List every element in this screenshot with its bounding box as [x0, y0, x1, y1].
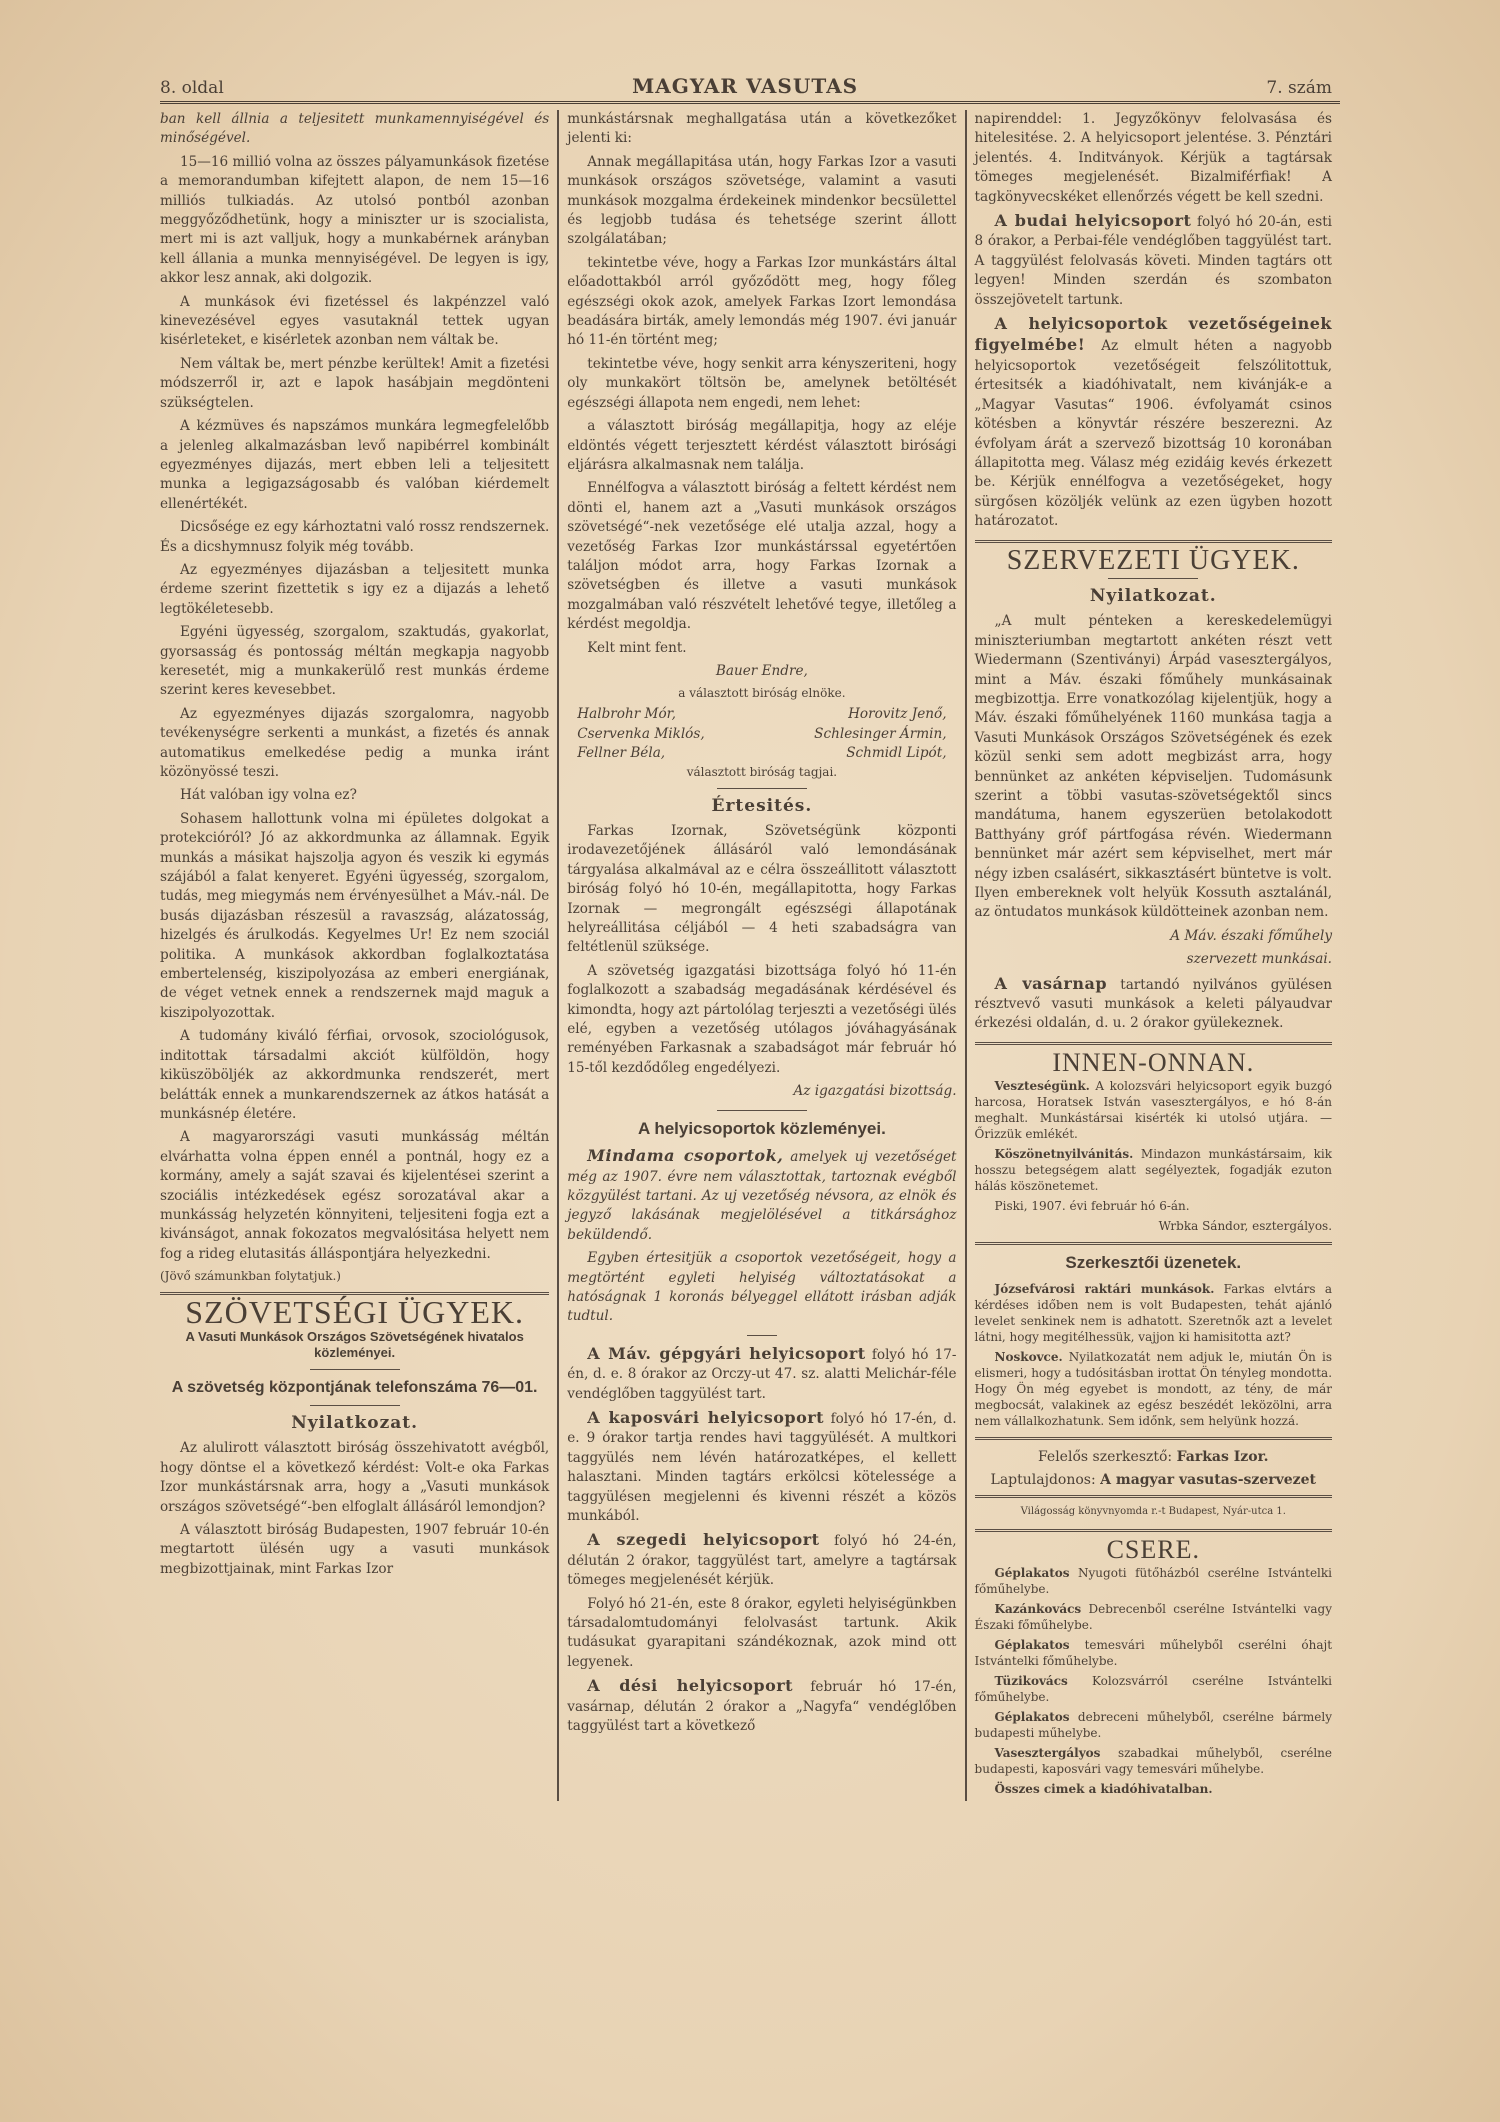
responsible-editor: Felelős szerkesztő: Farkas Izor.: [975, 1448, 1332, 1467]
paragraph: ban kell állnia a teljesitett munkamenny…: [160, 110, 549, 149]
value: A magyar vasutas-szervezet: [1100, 1472, 1316, 1488]
member-name: Cservenka Miklós,: [577, 725, 762, 744]
section-divider: [975, 540, 1332, 543]
paragraph-lead: Veszteségünk.: [995, 1079, 1090, 1093]
short-divider: [717, 788, 807, 789]
paragraph-lead: A szegedi helyicsoport: [587, 1530, 819, 1549]
paragraph: Az alulirott választott biróság összehiv…: [160, 1439, 549, 1517]
paragraph: Józsefvárosi raktári munkások. Farkas el…: [975, 1281, 1332, 1345]
member-name: Fellner Béla,: [577, 744, 762, 763]
paragraph-lead: Géplakatos: [995, 1638, 1070, 1652]
paragraph: a választott biróság megállapitja, hogy …: [567, 417, 956, 475]
issue-number: 7. szám: [1266, 78, 1332, 98]
section-title: CSERE.: [975, 1540, 1332, 1559]
exchange-item: Kazánkovács Debrecenből cserélne Istvánt…: [975, 1601, 1332, 1633]
phone-notice: A szövetség központjának telefonszáma 76…: [160, 1378, 549, 1397]
section-title: SZERVEZETI ÜGYEK.: [975, 551, 1332, 570]
paragraph-lead: A dési helyicsoport: [587, 1676, 793, 1695]
member-name: Horovitz Jenő,: [762, 705, 947, 724]
short-divider: [310, 1369, 400, 1370]
short-divider: [1108, 578, 1198, 579]
label: Felelős szerkesztő:: [1038, 1449, 1177, 1465]
member-name: Schlesinger Ármin,: [762, 725, 947, 744]
exchange-item: Géplakatos Nyugoti fütőházból cserélne I…: [975, 1565, 1332, 1597]
exchange-item: Tüzikovács Kolozsvárról cserélne Istvánt…: [975, 1673, 1332, 1705]
masthead-title: MAGYAR VASUTAS: [632, 74, 858, 98]
running-head: 8. oldal MAGYAR VASUTAS 7. szám: [160, 60, 1340, 104]
paragraph: Köszönetnyilvánitás. Mindazon munkástárs…: [975, 1146, 1332, 1194]
paragraph: A Máv. gépgyári helyicsoport folyó hó 17…: [567, 1344, 956, 1404]
short-divider: [717, 1110, 807, 1111]
paragraph: Hát valóban igy volna ez?: [160, 786, 549, 805]
paragraph: Kelt mint fent.: [567, 639, 956, 658]
signature: A Máv. északi főműhely: [975, 927, 1332, 946]
paragraph: A vasárnap tartandó nyilvános gyülésen r…: [975, 974, 1332, 1034]
paragraph-lead: Tüzikovács: [995, 1674, 1068, 1688]
paragraph-lead: Géplakatos: [995, 1710, 1070, 1724]
exchange-item: Vasesztergályos szabadkai műhelyből, cse…: [975, 1745, 1332, 1777]
paragraph: Az egyezményes dijazásban a teljesitett …: [160, 561, 549, 619]
paragraph: napirenddel: 1. Jegyzőkönyv felolvasása …: [975, 110, 1332, 207]
paragraph: Mindama csoportok, amelyek uj vezetősége…: [567, 1146, 956, 1245]
member-name: Schmidl Lipót,: [762, 744, 947, 763]
paragraph: Nem váltak be, mert pénzbe kerültek! Ami…: [160, 355, 549, 413]
exchange-item: Géplakatos temesvári műhelyből cserélni …: [975, 1637, 1332, 1669]
signature: Az igazgatási bizottság.: [567, 1082, 956, 1101]
section-divider: [975, 1242, 1332, 1245]
paragraph: Egyben értesitjük a csoportok vezetősége…: [567, 1249, 956, 1327]
short-divider: [747, 1335, 777, 1336]
paragraph-text: Az elmult héten a nagyobb helyicsoportok…: [975, 338, 1332, 529]
paragraph-lead: Noskovce.: [995, 1350, 1063, 1364]
paragraph: Az egyezményes dijazás szorgalomra, nagy…: [160, 705, 549, 783]
paragraph: A kézmüves és napszámos munkára legmegfe…: [160, 417, 549, 514]
paragraph-lead: A kaposvári helyicsoport: [587, 1408, 824, 1427]
paragraph: Farkas Izornak, Szövetségünk központi ir…: [567, 822, 956, 958]
paragraph-lead: A vasárnap: [995, 974, 1108, 993]
dateline: Piski, 1907. évi február hó 6-án.: [975, 1198, 1332, 1214]
paragraph: A választott biróság Budapesten, 1907 fe…: [160, 1521, 549, 1579]
paragraph: Annak megállapitása után, hogy Farkas Iz…: [567, 153, 956, 250]
paragraph-lead: Köszönetnyilvánitás.: [995, 1147, 1134, 1161]
printer-imprint: Világosság könyvnyomda r.-t Budapest, Ny…: [975, 1502, 1332, 1521]
section-divider: [975, 1042, 1332, 1045]
short-divider: [310, 1405, 400, 1406]
paragraph: „A mult pénteken a kereskedelemügyi mini…: [975, 612, 1332, 923]
paragraph: Veszteségünk. A kolozsvári helyicsoport …: [975, 1078, 1332, 1142]
paragraph: A magyarországi vasuti munkásság méltán …: [160, 1128, 549, 1264]
paragraph: tekintetbe véve, hogy a Farkas Izor munk…: [567, 254, 956, 351]
paragraph-lead: Géplakatos: [995, 1566, 1070, 1580]
member-signatures: Halbrohr Mór, Horovitz Jenő, Cservenka M…: [567, 705, 956, 763]
paragraph-lead: A budai helyicsoport: [995, 211, 1192, 230]
chair-name: Bauer Endre,: [567, 662, 956, 681]
column-1: ban kell állnia a teljesitett munkamenny…: [160, 110, 559, 1801]
exchange-item: Géplakatos debreceni műhelyből, cserélne…: [975, 1709, 1332, 1741]
paragraph-lead: Kazánkovács: [995, 1602, 1082, 1616]
article-heading: Nyilatkozat.: [160, 1414, 549, 1433]
paragraph-lead: Józsefvárosi raktári munkások.: [995, 1282, 1215, 1296]
article-heading: Értesités.: [567, 797, 956, 816]
paragraph: A munkások évi fizetéssel és lakpénzzel …: [160, 293, 549, 351]
paragraph-lead: A Máv. gépgyári helyicsoport: [587, 1344, 865, 1363]
paragraph: Dicsősége ez egy kárhoztatni való rossz …: [160, 518, 549, 557]
paragraph: Folyó hó 21-én, este 8 órakor, egyleti h…: [567, 1595, 956, 1673]
article-heading: Nyilatkozat.: [975, 587, 1332, 606]
paragraph: munkástársnak meghallgatása után a követ…: [567, 110, 956, 149]
label: Laptulajdonos:: [991, 1472, 1101, 1488]
paragraph-text: folyó hó 17-én, d. e. 9 órakor tartja re…: [567, 1411, 956, 1524]
page-number: 8. oldal: [160, 78, 224, 98]
column-2: munkástársnak meghallgatása után a követ…: [559, 110, 966, 1801]
continued-note: (Jövő számunkban folytatjuk.): [160, 1268, 549, 1284]
paragraph: A tudomány kiváló férfiai, orvosok, szoc…: [160, 1027, 549, 1124]
paragraph: A dési helyicsoport február hó 17-én, va…: [567, 1676, 956, 1736]
signature: Wrbka Sándor, esztergályos.: [975, 1218, 1332, 1234]
section-divider: [975, 1529, 1332, 1532]
article-heading: A helyicsoportok közleményei.: [567, 1119, 956, 1138]
section-divider: [975, 1495, 1332, 1498]
members-role: választott biróság tagjai.: [567, 764, 956, 780]
section-subtitle: A Vasuti Munkások Országos Szövetségének…: [160, 1329, 549, 1361]
paragraph: A helyicsoportok vezetőségeinek figyelmé…: [975, 314, 1332, 531]
signature: szervezett munkásai.: [975, 950, 1332, 969]
member-name: Halbrohr Mór,: [577, 705, 762, 724]
paragraph: A budai helyicsoport folyó hó 20-án, est…: [975, 211, 1332, 310]
newspaper-page: 8. oldal MAGYAR VASUTAS 7. szám ban kell…: [160, 60, 1340, 1801]
paragraph: Ennélfogva a választott biróság a feltet…: [567, 479, 956, 634]
paragraph: Egyéni ügyesség, szorgalom, szaktudás, g…: [160, 623, 549, 701]
paragraph: A szövetség igazgatási bizottsága folyó …: [567, 962, 956, 1078]
exchange-footer: Összes cimek a kiadóhivatalban.: [975, 1781, 1332, 1797]
paragraph-lead: Vasesztergályos: [995, 1746, 1101, 1760]
paragraph: Sohasem hallottunk volna mi épületes dol…: [160, 810, 549, 1023]
paragraph: 15—16 millió volna az összes pályamunkás…: [160, 153, 549, 289]
chair-role: a választott biróság elnöke.: [567, 685, 956, 701]
article-heading: Szerkesztői üzenetek.: [975, 1253, 1332, 1272]
section-title: INNEN-ONNAN.: [975, 1053, 1332, 1072]
paragraph: A szegedi helyicsoport folyó hó 24-én, d…: [567, 1530, 956, 1590]
section-divider: [975, 1437, 1332, 1440]
column-3: napirenddel: 1. Jegyzőkönyv felolvasása …: [967, 110, 1340, 1801]
value: Farkas Izor.: [1177, 1449, 1269, 1465]
paragraph: tekintetbe véve, hogy senkit arra kénysz…: [567, 355, 956, 413]
paragraph: Noskovce. Nyilatkozatát nem adjuk le, mi…: [975, 1349, 1332, 1429]
paragraph-lead: Mindama csoportok,: [587, 1146, 783, 1165]
section-title: SZÖVETSÉGI ÜGYEK.: [160, 1303, 549, 1322]
publisher: Laptulajdonos: A magyar vasutas-szerveze…: [975, 1471, 1332, 1490]
paragraph: A kaposvári helyicsoport folyó hó 17-én,…: [567, 1408, 956, 1526]
